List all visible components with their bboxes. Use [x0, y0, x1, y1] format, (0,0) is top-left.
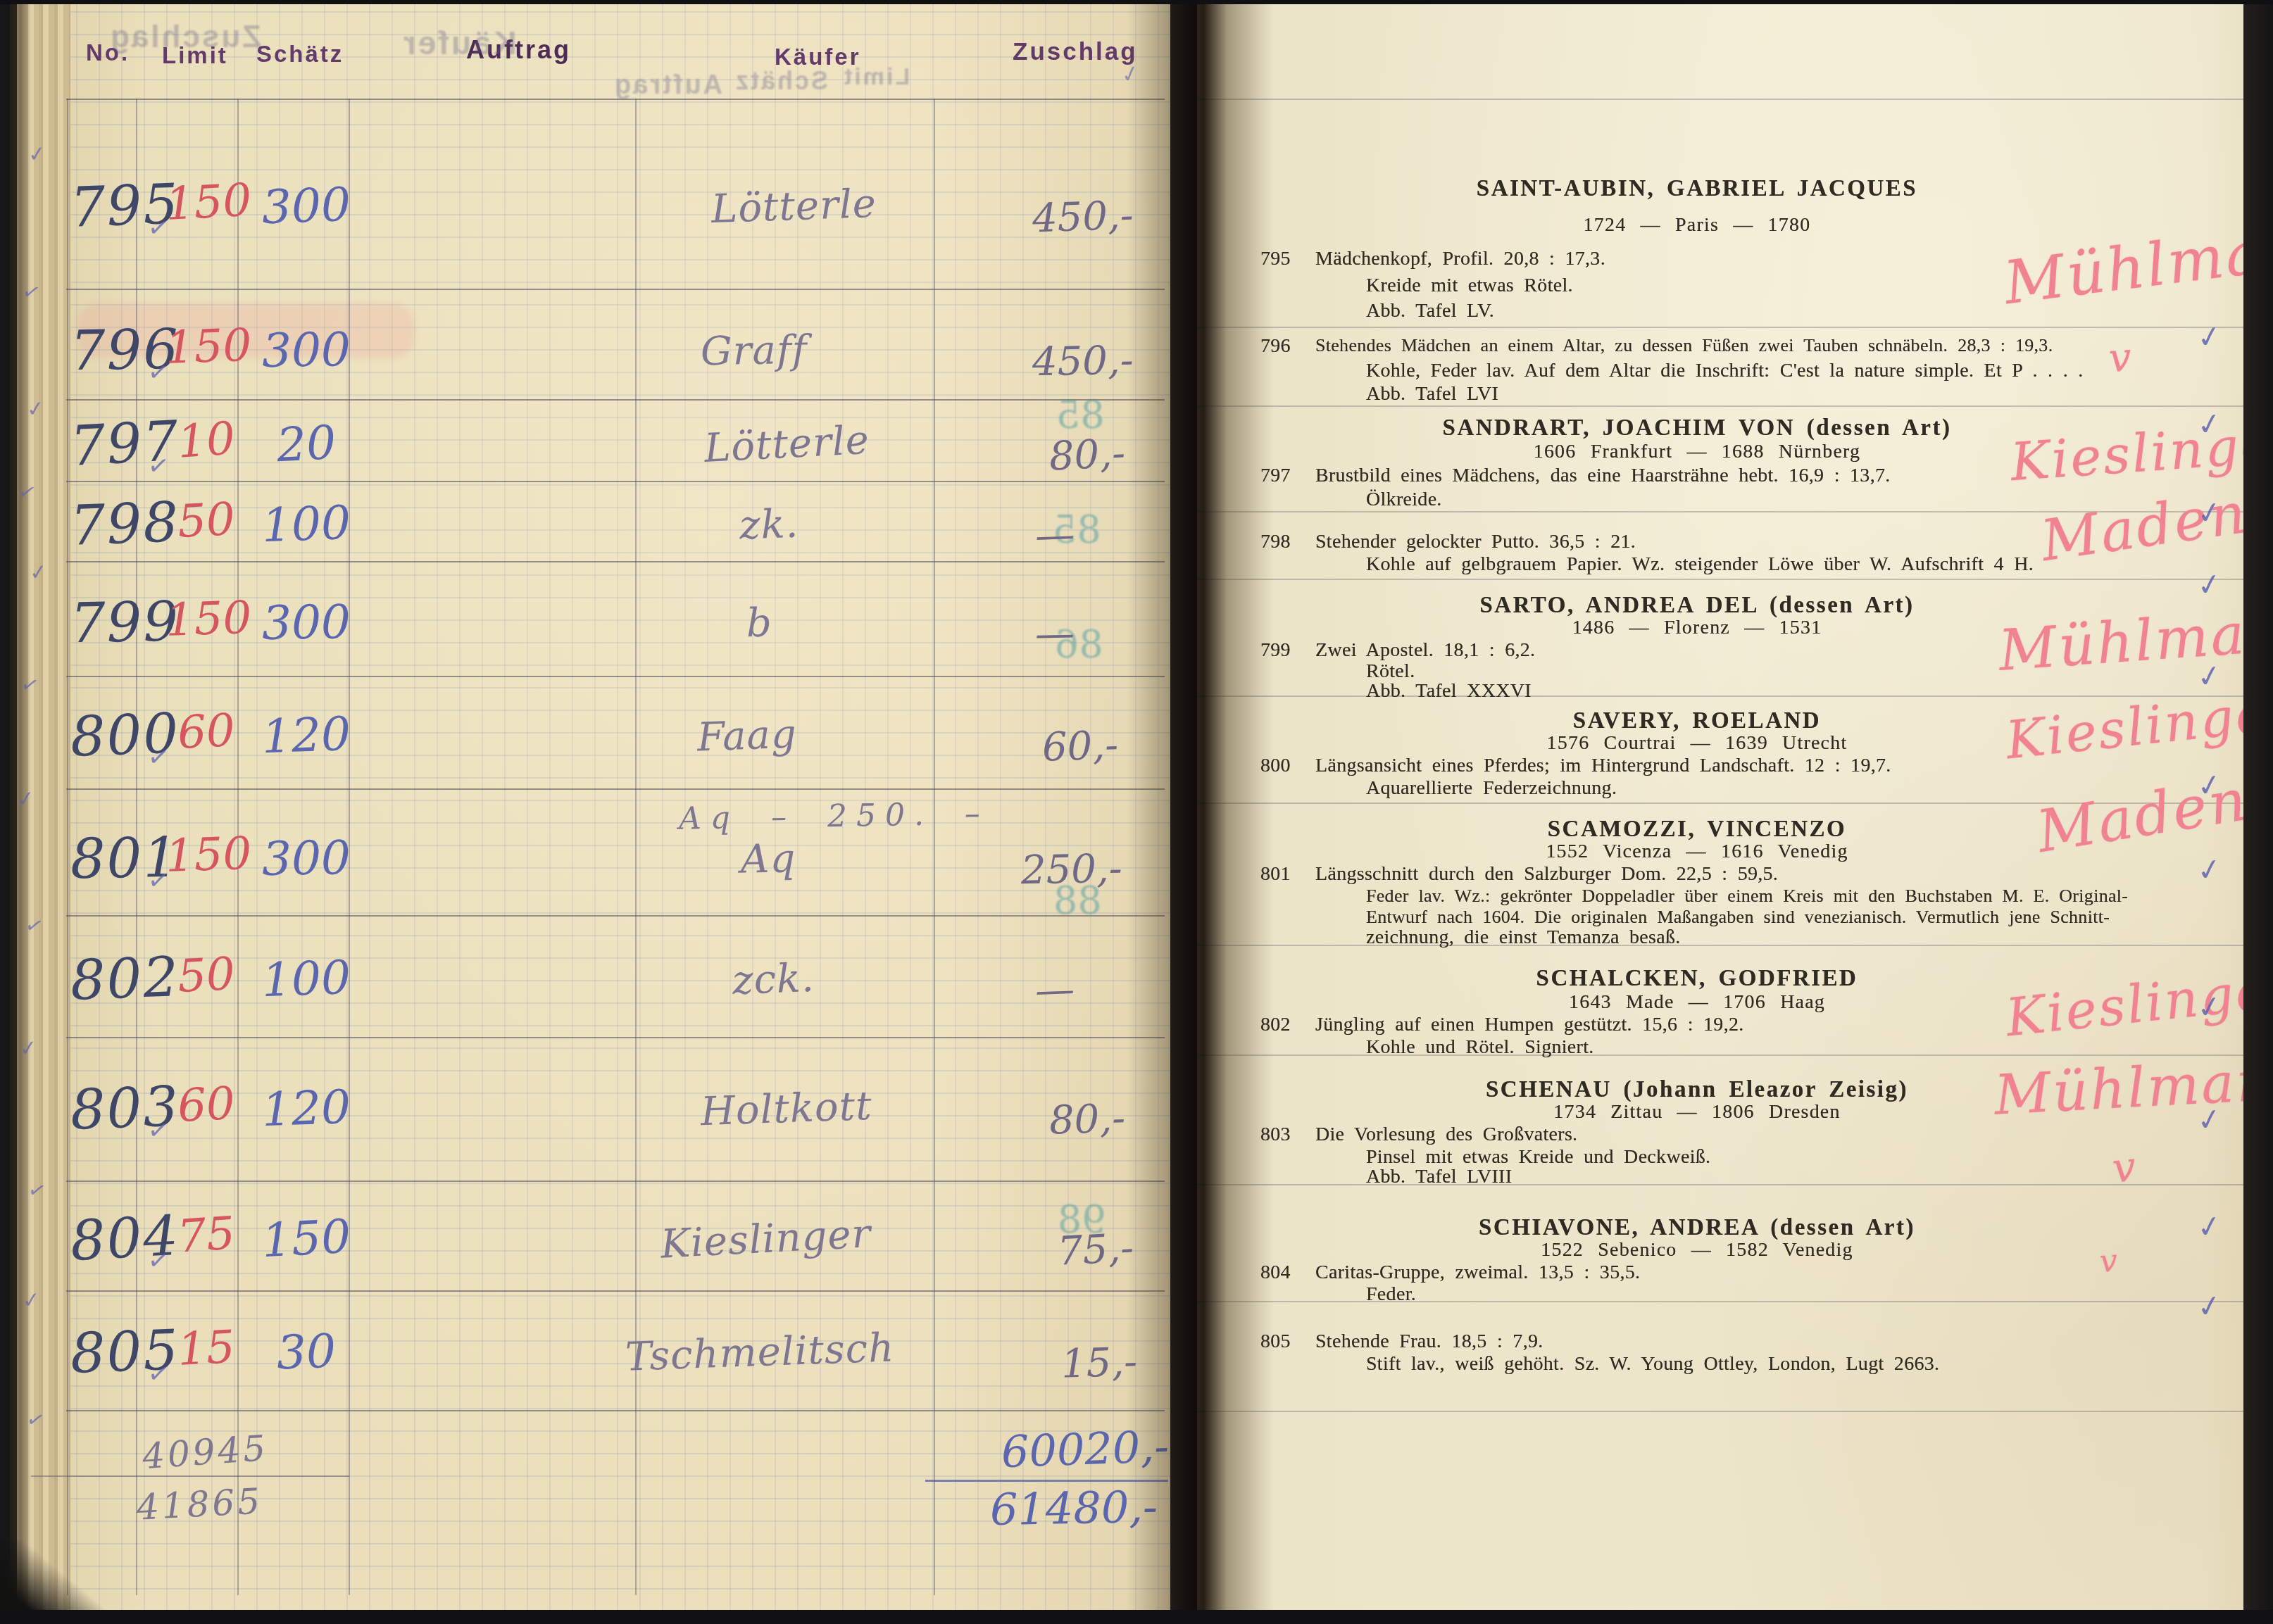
lot-797-line-1: Ölkreide.	[1366, 489, 1442, 511]
artist-dates-1: 1606 Frankfurt — 1688 Nürnberg	[1204, 441, 2190, 463]
ledger-page: No. Limit Schätz Auftrag Käufer Zuschlag…	[10, 4, 1170, 1611]
row-805-checkmark: ✓	[146, 1359, 171, 1390]
row-795-schaetz: 300	[256, 177, 357, 235]
catalog-lot-rule-7	[1197, 1055, 2246, 1056]
edge-check-1: ✓	[2194, 405, 2224, 443]
column-header-zuschlag: Zuschlag	[1013, 38, 1138, 66]
row-803-limit: 60	[164, 1077, 249, 1133]
edge-check-7: ✓	[2194, 988, 2224, 1026]
lot-798-line-0: Stehender gelockter Putto. 36,5 : 21.	[1315, 531, 1636, 553]
row-804-limit: 75	[164, 1207, 249, 1264]
artist-dates-5: 1643 Made — 1706 Haag	[1204, 991, 2190, 1014]
ghost-number-3: 88	[1053, 879, 1102, 923]
ghost-number-2: 86	[1055, 622, 1103, 667]
lot-796-line-1: Kohle, Feder lav. Auf dem Altar die Insc…	[1366, 360, 2084, 382]
margin-annotation-1: v	[2108, 334, 2135, 382]
row-797-limit: 10	[164, 412, 249, 470]
row-804-checkmark: ✓	[146, 1245, 171, 1277]
lot-795-line-2: Abb. Tafel LV.	[1366, 300, 1494, 322]
row-798-limit: 50	[164, 493, 249, 549]
row-802-number: 802	[69, 945, 180, 1012]
row-797-number: 797	[69, 410, 181, 479]
column-header-kaeufer: Käufer	[775, 44, 861, 70]
lot-803-line-1: Pinsel mit etwas Kreide und Deckweiß.	[1366, 1146, 1710, 1169]
lot-800-line-1: Aquarellierte Federzeichnung.	[1366, 777, 1617, 800]
lot-804-line-0: Caritas-Gruppe, zweimal. 13,5 : 35,5.	[1315, 1261, 1640, 1284]
row-803-kaeufer: Holtkott	[700, 1083, 873, 1135]
row-799-number: 799	[70, 591, 180, 656]
ghost-number-0: 85	[1056, 393, 1105, 437]
artist-header-0: SAINT-AUBIN, GABRIEL JACQUES	[1204, 176, 2190, 202]
row-805-number: 805	[69, 1318, 180, 1385]
row-804-kaeufer: Kieslinger	[660, 1211, 872, 1268]
artist-dates-4: 1552 Vicenza — 1616 Venedig	[1204, 841, 2190, 863]
catalog-lot-rule-8	[1197, 1184, 2246, 1185]
lot-805-line-0: Stehende Frau. 18,5 : 7,9.	[1315, 1330, 1543, 1353]
book-cover-edge-top	[0, 0, 2273, 4]
artist-header-7: SCHIAVONE, ANDREA (dessen Art)	[1204, 1215, 2190, 1241]
row-801-checkmark: ✓	[146, 865, 171, 897]
edge-check-3: ✓	[2194, 565, 2224, 603]
lot-796-line-2: Abb. Tafel LVI	[1366, 383, 1498, 405]
lot-801-line-1: Feder lav. Wz.: gekrönter Doppeladler üb…	[1366, 886, 2128, 907]
margin-annotation-6: Maden	[2032, 767, 2253, 866]
ledger-row-rule-10	[66, 1290, 1165, 1292]
pink-bleedthrough-smear	[77, 303, 415, 358]
edge-check-9: ✓	[2194, 1207, 2224, 1245]
margin-annotation-10: v	[2098, 1242, 2120, 1280]
row-802-limit: 50	[164, 948, 249, 1004]
artist-header-1: SANDRART, JOACHIM VON (dessen Art)	[1204, 415, 2190, 441]
row-796-kaeufer: Graff	[700, 327, 807, 375]
row-804-number: 804	[69, 1204, 181, 1273]
lot-802-line-1: Kohle und Rötel. Signiert.	[1366, 1036, 1594, 1059]
book-cover-edge-bottom	[0, 1610, 2273, 1624]
row-797-kaeufer: Lötterle	[703, 417, 870, 472]
artist-dates-7: 1522 Sebenico — 1582 Venedig	[1204, 1239, 2190, 1261]
margin-annotation-0: Mühlmann	[2000, 208, 2273, 317]
lot-797-line-0: Brustbild eines Mädchens, das eine Haars…	[1315, 465, 1891, 487]
row-795-number: 795	[69, 172, 180, 239]
row-800-zuschlag: 60,-	[1041, 722, 1119, 771]
lot-804-line-1: Feder.	[1366, 1283, 1416, 1306]
ledger-column-rule-3	[635, 99, 637, 1595]
row-799-zuschlag: —	[1034, 611, 1075, 657]
artist-dates-0: 1724 — Paris — 1780	[1204, 214, 2190, 237]
ghost-number-4: 98	[1058, 1197, 1106, 1242]
margin-annotation-2: Kieslinger	[2009, 413, 2273, 493]
row-800-schaetz: 120	[256, 707, 357, 764]
row-801-number: 801	[70, 826, 180, 892]
row-798-zuschlag: —	[1034, 512, 1075, 559]
lot-803-line-0: Die Vorlesung des Großvaters.	[1315, 1123, 1577, 1146]
catalog-lot-rule-0	[1197, 327, 2246, 328]
row-796-checkmark: ✓	[146, 357, 171, 389]
row-805-kaeufer: Tschmelitsch	[625, 1325, 895, 1380]
margin-annotation-3: Maden	[2037, 480, 2252, 574]
ghost-number-1: 85	[1053, 508, 1101, 552]
row-804-schaetz: 150	[256, 1209, 357, 1268]
row-795-limit: 150	[164, 175, 249, 231]
lot-799-line-0: Zwei Apostel. 18,1 : 6,2.	[1315, 639, 1535, 662]
row-800-kaeufer: Faag	[696, 712, 798, 761]
book-gutter	[1127, 0, 1275, 1624]
ledger-row-rule-0	[66, 99, 1165, 100]
row-798-number: 798	[69, 491, 180, 558]
row-800-checkmark: ✓	[146, 742, 171, 774]
row-800-number: 800	[69, 702, 180, 769]
row-803-checkmark: ✓	[146, 1115, 171, 1147]
row-799-schaetz: 300	[256, 595, 356, 650]
lot-795-line-0: Mädchenkopf, Profil. 20,8 : 17,3.	[1315, 248, 1605, 270]
pencil-sum-upper: 40945	[141, 1428, 270, 1477]
lot-803-line-2: Abb. Tafel LVIII	[1366, 1166, 1512, 1188]
catalog-top-rule	[1197, 99, 2246, 100]
ledger-row-rule-1	[66, 289, 1165, 290]
row-795-checkmark: ✓	[146, 213, 171, 244]
row-800-limit: 60	[164, 704, 249, 760]
lot-799-line-1: Rötel.	[1366, 660, 1415, 683]
row-805-limit: 15	[164, 1321, 249, 1377]
row-805-schaetz: 30	[256, 1323, 357, 1381]
row-795-zuschlag: 450,-	[1032, 193, 1134, 242]
artist-header-5: SCHALCKEN, GODFRIED	[1204, 966, 2190, 992]
pencil-note-row-801: Aq – 250. –	[679, 795, 990, 837]
catalog-lot-rule-3	[1197, 579, 2246, 580]
bleedthrough-header-2: Auftrag	[613, 70, 722, 101]
row-801-zuschlag: 250,-	[1020, 846, 1122, 893]
row-797-checkmark: ✓	[146, 451, 171, 482]
lot-795-line-1: Kreide mit etwas Rötel.	[1366, 275, 1573, 297]
row-795-kaeufer: Lötterle	[710, 181, 877, 232]
pencil-sum-lower: 41865	[136, 1480, 264, 1528]
lot-800-line-0: Längsansicht eines Pferdes; im Hintergru…	[1315, 755, 1891, 777]
artist-header-4: SCAMOZZI, VINCENZO	[1204, 817, 2190, 843]
ledger-row-rule-4	[66, 561, 1165, 562]
ledger-row-rule-6	[66, 788, 1165, 790]
catalog-lot-rule-1	[1197, 405, 2246, 407]
catalog-lot-rule-6	[1197, 945, 2246, 946]
edge-check-4: ✓	[2194, 657, 2224, 695]
ledger-row-rule-3	[66, 481, 1165, 482]
column-header-limit: Limit	[162, 42, 228, 69]
artist-header-3: SAVERY, ROELAND	[1204, 708, 2190, 734]
catalog-lot-rule-2	[1197, 511, 2246, 512]
lot-802-line-0: Jüngling auf einen Humpen gestützt. 15,6…	[1315, 1014, 1744, 1036]
artist-header-2: SARTO, ANDREA DEL (dessen Art)	[1204, 593, 2190, 619]
column-header-auftrag: Auftrag	[466, 35, 571, 65]
artist-dates-3: 1576 Courtrai — 1639 Utrecht	[1204, 732, 2190, 755]
edge-check-6: ✓	[2194, 850, 2224, 888]
ledger-column-rule-4	[934, 99, 935, 1595]
ledger-row-rule-11	[66, 1410, 1165, 1411]
catalog-lot-rule-5	[1197, 802, 2246, 804]
scanned-auction-ledger-spread: No. Limit Schätz Auftrag Käufer Zuschlag…	[0, 0, 2273, 1624]
row-797-zuschlag: 80,-	[1048, 430, 1126, 480]
margin-annotation-8: Mühlmann	[1993, 1047, 2273, 1127]
catalog-lot-rule-10	[1197, 1411, 2246, 1412]
row-798-schaetz: 100	[256, 496, 357, 553]
margin-annotation-4: Mühlmann	[1996, 596, 2273, 684]
lot-801-line-0: Längsschnitt durch den Salzburger Dom. 2…	[1315, 863, 1778, 886]
margin-annotation-7: Kieslinger	[2003, 958, 2273, 1049]
pencil-sum-line	[31, 1475, 349, 1477]
column-header-schaetz: Schätz	[256, 41, 344, 68]
row-798-kaeufer: zk.	[739, 501, 799, 549]
row-803-number: 803	[69, 1075, 180, 1142]
row-797-schaetz: 20	[256, 414, 357, 473]
book-cover-edge-right	[2243, 0, 2273, 1624]
margin-annotation-5: Kieslinger	[2003, 681, 2273, 772]
catalog-page: 63 SAINT-AUBIN, GABRIEL JACQUES1724 — Pa…	[1197, 4, 2246, 1611]
edge-check-0: ✓	[2194, 317, 2224, 355]
edge-check-2: ✓	[2194, 493, 2224, 531]
lot-799-line-2: Abb. Tafel XXXVI	[1366, 680, 1532, 703]
lot-801-line-3: zeichnung, die einst Temanza besaß.	[1366, 926, 1681, 949]
artist-dates-6: 1734 Zittau — 1806 Dresden	[1204, 1101, 2190, 1123]
catalog-lot-rule-9	[1197, 1301, 2246, 1302]
row-801-limit: 150	[165, 828, 249, 883]
row-802-zuschlag: —	[1034, 967, 1075, 1014]
ledger-row-rule-5	[66, 676, 1165, 677]
ledger-row-rule-9	[66, 1181, 1165, 1182]
ledger-row-rule-8	[66, 1037, 1165, 1038]
column-header-no: No.	[86, 39, 130, 66]
row-802-schaetz: 100	[256, 950, 357, 1008]
row-799-kaeufer: b	[746, 600, 772, 647]
edge-check-10: ✓	[2194, 1287, 2224, 1325]
margin-annotation-9: v	[2110, 1142, 2141, 1192]
lot-801-line-2: Entwurf nach 1604. Die originalen Maßang…	[1366, 907, 2110, 928]
edge-check-5: ✓	[2194, 766, 2224, 804]
row-802-kaeufer: zck.	[732, 955, 815, 1004]
row-801-kaeufer: Aq	[740, 836, 796, 882]
catalog-lot-rule-4	[1197, 695, 2246, 697]
row-801-schaetz: 300	[256, 831, 356, 886]
ledger-row-rule-2	[66, 399, 1165, 401]
row-799-limit: 150	[165, 592, 249, 647]
row-804-zuschlag: 75,-	[1056, 1225, 1134, 1275]
lot-805-line-1: Stift lav., weiß gehöht. Sz. W. Young Ot…	[1366, 1353, 1939, 1376]
row-803-schaetz: 120	[256, 1080, 357, 1138]
lot-796-line-0: Stehendes Mädchen an einem Altar, zu des…	[1315, 335, 2053, 356]
ledger-row-rule-7	[66, 915, 1165, 917]
row-803-zuschlag: 80,-	[1048, 1095, 1126, 1144]
artist-header-6: SCHENAU (Johann Eleazor Zeisig)	[1204, 1077, 2190, 1103]
artist-dates-2: 1486 — Florenz — 1531	[1204, 617, 2190, 639]
lot-798-line-1: Kohle auf gelbgrauem Papier. Wz. steigen…	[1366, 553, 2034, 576]
page-stack-edge	[10, 4, 70, 1611]
row-796-zuschlag: 450,-	[1032, 338, 1134, 385]
bleedthrough-header-3: Schätz	[734, 66, 828, 96]
edge-check-8: ✓	[2194, 1100, 2224, 1138]
